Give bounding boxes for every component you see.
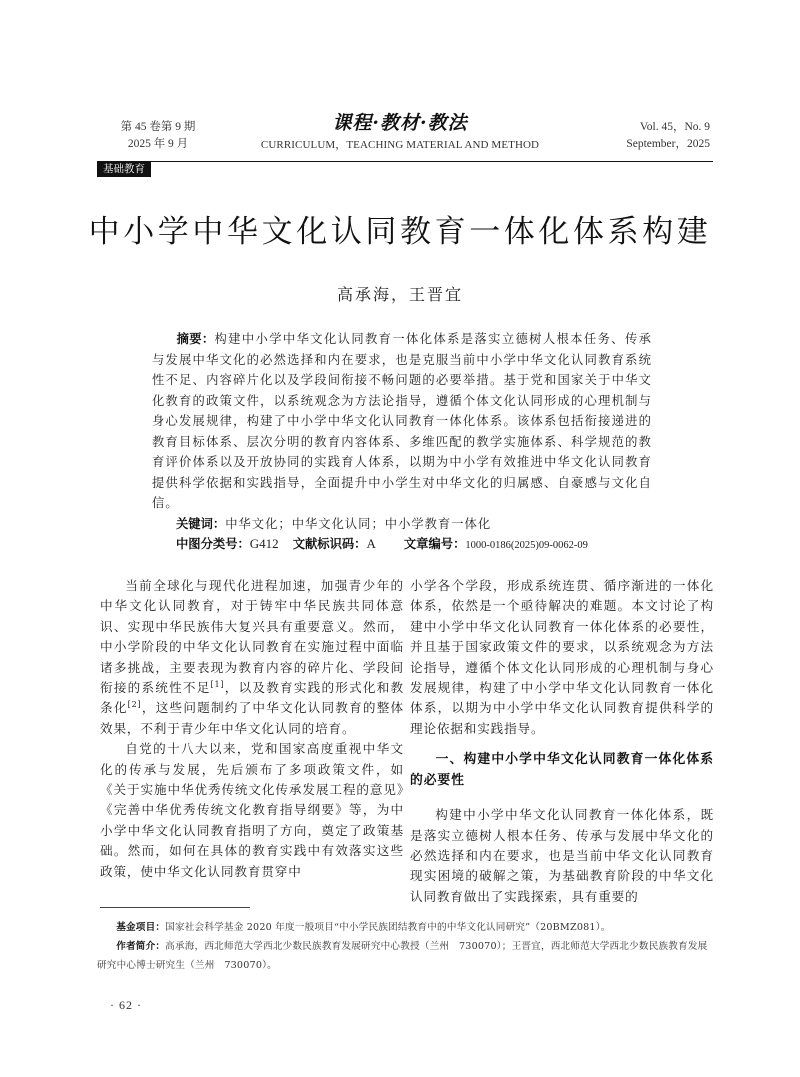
fund-text: 国家社会科学基金 2020 年度一般项目“中小学民族团结教育中的中华文化认同研究… [165, 922, 610, 933]
date-cn: 2025 年 9 月 [103, 136, 213, 153]
paragraph-text: 当前全球化与现代化进程加速，加强青少年的中华文化认同教育，对于铸牢中华民族共同体… [100, 578, 404, 695]
article-no-label: 文章编号： [404, 537, 466, 551]
volume-issue-cn: 第 45 卷第 9 期 [103, 119, 213, 136]
classification-line: 中图分类号：G412文献标识码：A文章编号：1000-0186(2025)09-… [176, 534, 656, 556]
body-paragraph: 小学各个学段，形成系统连贯、循序渐进的一体化体系，依然是一个亟待解决的难题。本文… [410, 576, 714, 739]
body-column-right: 小学各个学段，形成系统连贯、循序渐进的一体化体系，依然是一个亟待解决的难题。本文… [410, 576, 714, 907]
citation-ref-2[interactable]: [2] [128, 700, 142, 709]
journal-title-en: CURRICULUM，TEACHING MATERIAL AND METHOD [230, 136, 570, 152]
issue-info-en: Vol. 45，No. 9 September，2025 [580, 119, 710, 153]
doc-code-label: 文献标识码： [293, 537, 367, 551]
footnotes: 基金项目：国家社会科学基金 2020 年度一般项目“中小学民族团结教育中的中华文… [97, 918, 713, 975]
clc-value: G412 [250, 536, 279, 551]
article-title: 中小学中华文化认同教育一体化体系构建 [0, 206, 800, 251]
citation-ref-1[interactable]: [1] [211, 680, 225, 689]
fund-label: 基金项目： [116, 922, 165, 933]
abstract-label: 摘要： [177, 332, 215, 346]
body-paragraph: 构建中小学中华文化认同教育一体化体系，既是落实立德树人根本任务、传承与发展中华文… [410, 805, 714, 907]
clc-label: 中图分类号： [176, 537, 250, 551]
section-badge: 基础教育 [97, 162, 151, 177]
issue-info-cn: 第 45 卷第 9 期 2025 年 9 月 [103, 119, 213, 153]
body-column-left: 当前全球化与现代化进程加速，加强青少年的中华文化认同教育，对于铸牢中华民族共同体… [100, 576, 404, 882]
keywords-label: 关键词： [176, 517, 225, 531]
article-authors: 高承海，王晋宜 [0, 282, 800, 305]
header-rule [97, 161, 713, 162]
paragraph-text: ，这些问题制约了中华文化认同教育的整体效果，不利于青少年中华文化认同的培育。 [100, 700, 404, 735]
author-bio-text: 高承海，西北师范大学西北少数民族教育发展研究中心教授（兰州 730070）；王晋… [97, 941, 707, 971]
article-no-value: 1000-0186(2025)09-0062-09 [465, 540, 587, 551]
date-en: September，2025 [580, 136, 710, 153]
keywords-text: 中华文化；中华文化认同；中小学教育一体化 [225, 517, 491, 531]
body-paragraph: 当前全球化与现代化进程加速，加强青少年的中华文化认同教育，对于铸牢中华民族共同体… [100, 576, 404, 739]
section-heading: 一、构建中小学中华文化认同教育一体化体系的必要性 [410, 749, 714, 791]
page-number: · 62 · [110, 998, 142, 1013]
body-paragraph: 自党的十八大以来，党和国家高度重视中华文化的传承与发展，先后颁布了多项政策文件，… [100, 739, 404, 882]
journal-title-cn: 课程·教材·教法 [230, 108, 570, 135]
footnote-author: 作者简介：高承海，西北师范大学西北少数民族教育发展研究中心教授（兰州 73007… [97, 937, 713, 975]
keywords: 关键词：中华文化；中华文化认同；中小学教育一体化 [176, 514, 656, 534]
doc-code-value: A [366, 536, 375, 551]
abstract: 摘要：构建中小学中华文化认同教育一体化体系是落实立德树人根本任务、传承与发展中华… [152, 329, 652, 514]
volume-issue-en: Vol. 45，No. 9 [580, 119, 710, 136]
abstract-text: 构建中小学中华文化认同教育一体化体系是落实立德树人根本任务、传承与发展中华文化的… [152, 332, 652, 510]
footnote-rule [100, 907, 250, 908]
author-bio-label: 作者简介： [116, 941, 165, 952]
footnote-fund: 基金项目：国家社会科学基金 2020 年度一般项目“中小学民族团结教育中的中华文… [97, 918, 713, 937]
